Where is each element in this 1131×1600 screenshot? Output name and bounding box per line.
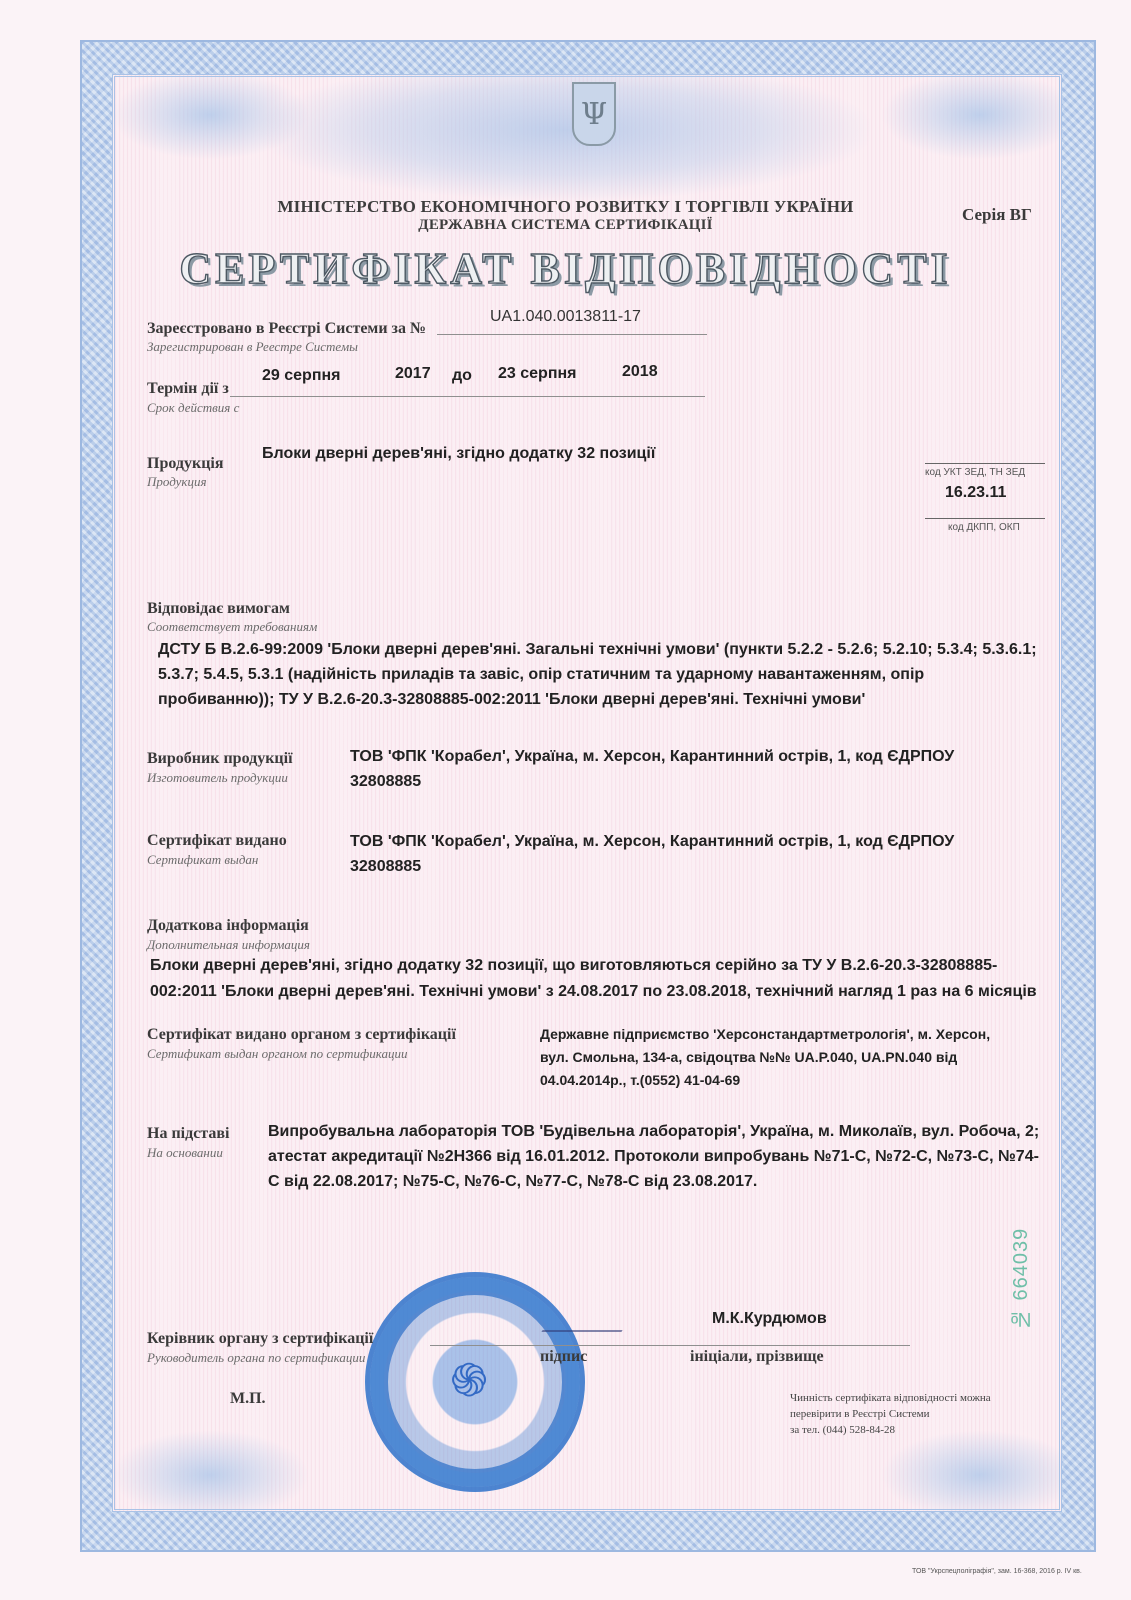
printer-note: ТОВ "Укрспецполіграфія", зам. 16-368, 20… xyxy=(912,1568,1082,1575)
valid-from-date: 29 серпня xyxy=(262,367,340,385)
verification-note-2: перевірити в Реєстрі Системи xyxy=(790,1408,930,1420)
product-label-ru: Продукция xyxy=(147,474,207,490)
serial-number: № 664039 xyxy=(1010,1200,1040,1330)
validity-label-ru: Срок действия с xyxy=(147,400,239,416)
basis-label-ru: На основании xyxy=(147,1145,223,1161)
registration-label-ru: Зарегистрирован в Реестре Системы xyxy=(147,339,358,355)
series-label: Серія ВГ xyxy=(962,205,1032,225)
issued-to-label-ru: Сертификат выдан xyxy=(147,852,258,868)
additional-info-value: Блоки дверні дерев'яні, згідно додатку 3… xyxy=(150,953,1040,1005)
registration-label: Зареєстровано в Реєстрі Системи за № xyxy=(147,320,426,338)
issued-to-value: ТОВ 'ФПК 'Корабел', Україна, м. Херсон, … xyxy=(350,829,990,879)
seal-label: М.П. xyxy=(230,1390,266,1408)
header-ornament xyxy=(260,60,870,200)
manufacturer-label: Виробник продукції xyxy=(147,750,293,768)
verification-note-3: за тел. (044) 528-84-28 xyxy=(790,1424,895,1436)
code-value: 16.23.11 xyxy=(945,484,1006,502)
manufacturer-value: ТОВ 'ФПК 'Корабел', Україна, м. Херсон, … xyxy=(350,744,990,794)
spiral-emblem-icon: ֍ xyxy=(433,1343,505,1415)
issued-to-label: Сертифікат видано xyxy=(147,832,287,850)
issuing-body-label: Сертифікат видано органом з сертифікації xyxy=(147,1026,456,1044)
manufacturer-label-ru: Изготовитель продукции xyxy=(147,770,288,786)
signature-label: підпис xyxy=(540,1348,587,1366)
underline xyxy=(430,1345,910,1346)
basis-label: На підставі xyxy=(147,1125,229,1143)
requirements-label-ru: Соответствует требованиям xyxy=(147,619,317,635)
verification-note-1: Чинність сертифіката відповідності можна xyxy=(790,1392,991,1404)
underline xyxy=(925,463,1045,464)
underline xyxy=(230,396,705,397)
requirements-value: ДСТУ Б В.2.6-99:2009 'Блоки дверні дерев… xyxy=(158,637,1038,712)
additional-info-label-ru: Дополнительная информация xyxy=(147,937,310,953)
product-value: Блоки дверні дерев'яні, згідно додатку 3… xyxy=(262,445,655,463)
product-label: Продукція xyxy=(147,455,224,473)
document-title: СЕРТИФІКАТ ВІДПОВІДНОСТІ xyxy=(0,243,1131,294)
trident-icon: Ψ xyxy=(572,82,616,146)
name-label: ініціали, прізвище xyxy=(690,1348,824,1366)
requirements-label: Відповідає вимогам xyxy=(147,600,290,618)
valid-to-date: 23 серпня xyxy=(498,365,576,383)
validity-label: Термін дії з xyxy=(147,380,229,398)
valid-to-year: 2018 xyxy=(622,363,658,381)
registration-number: UA1.040.0013811-17 xyxy=(490,308,641,326)
certificate-page: Ψ МІНІСТЕРСТВО ЕКОНОМІЧНОГО РОЗВИТКУ І Т… xyxy=(0,0,1131,1600)
issuing-body-label-ru: Сертификат выдан органом по сертификации xyxy=(147,1046,408,1062)
basis-value: Випробувальна лабораторія ТОВ 'Будівельн… xyxy=(268,1119,1048,1194)
corner-ornament xyxy=(110,1430,310,1520)
code-label-bottom: код ДКПП, ОКП xyxy=(948,522,1020,533)
head-name: М.К.Курдюмов xyxy=(712,1310,827,1328)
corner-ornament xyxy=(880,1430,1080,1520)
validity-to-word: до xyxy=(452,367,472,385)
valid-from-year: 2017 xyxy=(395,365,431,383)
corner-ornament xyxy=(880,70,1080,160)
underline xyxy=(437,334,707,335)
additional-info-label: Додаткова інформація xyxy=(147,917,309,935)
issuing-body-value: Державне підприємство 'Херсонстандартмет… xyxy=(540,1023,1020,1092)
head-label: Керівник органу з сертифікації xyxy=(147,1330,373,1348)
code-label-top: код УКТ ЗЕД, ТН ЗЕД xyxy=(925,467,1025,478)
head-label-ru: Руководитель органа по сертификации xyxy=(147,1350,365,1366)
underline xyxy=(925,518,1045,519)
